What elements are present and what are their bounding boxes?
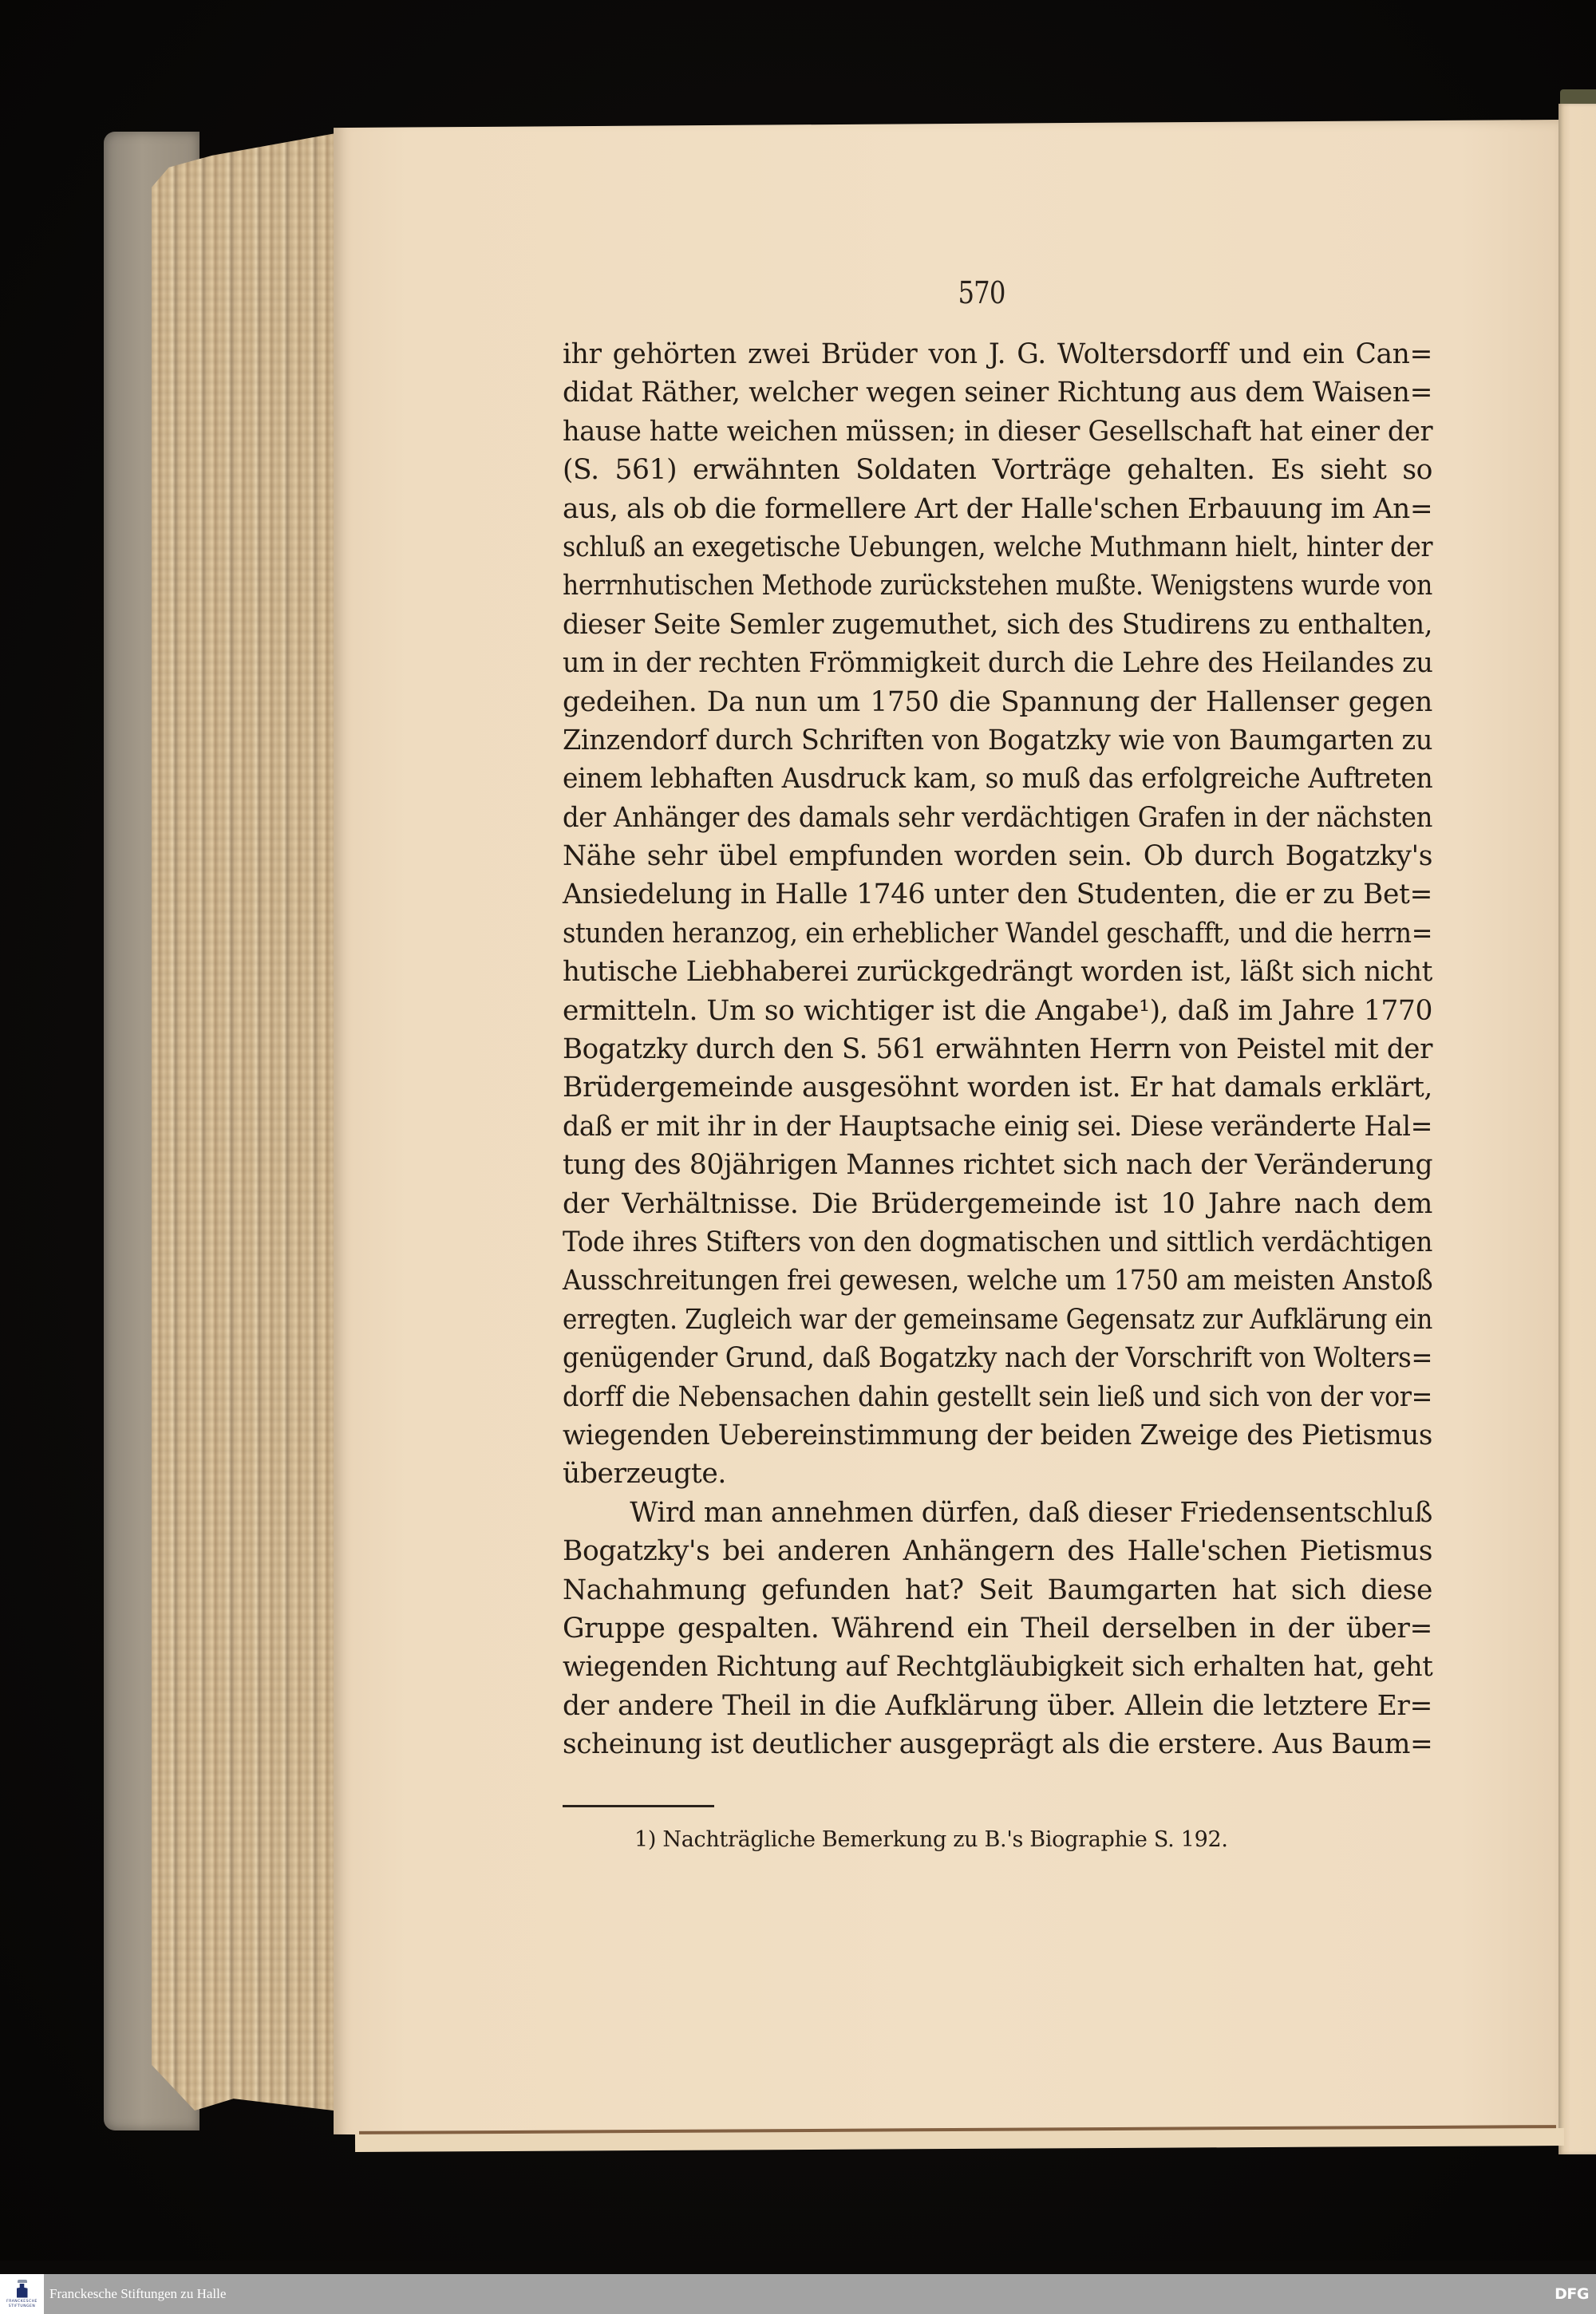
text-line-paragraph-start: Wird man annehmen dürfen, daß dieser Fri… [563,1494,1432,1532]
text-line: wiegenden Uebereinstimmung der beiden Zw… [563,1416,1432,1455]
text-line: daß er mit ihr in der Hauptsache einig s… [563,1108,1432,1146]
body-text: ihr gehörten zwei Brüder von J. G. Wolte… [563,335,1432,1763]
next-page-edge [1558,104,1596,2154]
text-line: herrnhutischen Methode zurückstehen mußt… [563,567,1432,605]
text-line: der Anhänger des damals sehr verdächtige… [563,799,1432,837]
text-line: erregten. Zugleich war der gemeinsame Ge… [563,1301,1432,1339]
text-line: wiegenden Richtung auf Rechtgläubigkeit … [563,1648,1432,1686]
text-line: einem lebhaften Ausdruck kam, so muß das… [563,760,1432,798]
dfg-logo[interactable]: DFG [1555,2285,1589,2303]
text-line: Tode ihres Stifters von den dogmatischen… [563,1223,1432,1262]
text-line: Ansiedelung in Halle 1746 unter den Stud… [563,875,1432,914]
institution-name[interactable]: Franckesche Stiftungen zu Halle [49,2286,226,2302]
text-line: genügender Grund, daß Bogatzky nach der … [563,1339,1432,1377]
text-line: der Verhältnisse. Die Brüdergemeinde ist… [563,1185,1432,1223]
text-line: Nähe sehr übel empfunden worden sein. Ob… [563,837,1432,875]
text-line: aus, als ob die formellere Art der Halle… [563,490,1432,528]
text-line: Zinzendorf durch Schriften von Bogatzky … [563,721,1432,760]
text-line: scheinung ist deutlicher ausgeprägt als … [563,1725,1432,1763]
text-line: Nachahmung gefunden hat? Seit Baumgarten… [563,1571,1432,1609]
francke-figure-icon [15,2280,30,2299]
text-line: stunden heranzog, ein erheblicher Wandel… [563,914,1432,953]
text-line: hause hatte weichen müssen; in dieser Ge… [563,413,1432,451]
institution-logo[interactable]: FRANCKESCHE STIFTUNGEN [0,2274,44,2314]
text-line: Bogatzky durch den S. 561 erwähnten Herr… [563,1030,1432,1068]
text-line: Bogatzky's bei anderen Anhängern des Hal… [563,1532,1432,1570]
text-line: um in der rechten Frömmigkeit durch die … [563,644,1432,682]
text-line: dorff die Nebensachen dahin gestellt sei… [563,1378,1432,1416]
footnote: 1) Nachträgliche Bemerkung zu B.'s Biogr… [634,1827,1228,1852]
text-line: überzeugte. [563,1455,1432,1493]
footnote-divider [563,1805,714,1807]
text-line: (S. 561) erwähnten Soldaten Vorträge geh… [563,451,1432,489]
text-line: ihr gehörten zwei Brüder von J. G. Wolte… [563,335,1432,373]
text-line: hutische Liebhaberei zurückgedrängt word… [563,953,1432,991]
page-number: 570 [958,275,1005,310]
text-line: tung des 80jährigen Mannes richtet sich … [563,1146,1432,1184]
footer-bar: FRANCKESCHE STIFTUNGEN Franckesche Stift… [0,2274,1596,2314]
text-line: schluß an exegetische Uebungen, welche M… [563,528,1432,567]
text-line: Brüdergemeinde ausgesöhnt worden ist. Er… [563,1068,1432,1107]
text-line: didat Räther, welcher wegen seiner Richt… [563,373,1432,412]
text-line: Gruppe gespalten. Während ein Theil ders… [563,1609,1432,1648]
text-line: dieser Seite Semler zugemuthet, sich des… [563,606,1432,644]
logo-caption: FRANCKESCHE STIFTUNGEN [6,2300,38,2309]
text-line: gedeihen. Da nun um 1750 die Spannung de… [563,683,1432,721]
text-line: Ausschreitungen frei gewesen, welche um … [563,1262,1432,1300]
text-line: der andere Theil in die Aufklärung über.… [563,1687,1432,1725]
text-line: ermitteln. Um so wichtiger ist die Angab… [563,992,1432,1030]
